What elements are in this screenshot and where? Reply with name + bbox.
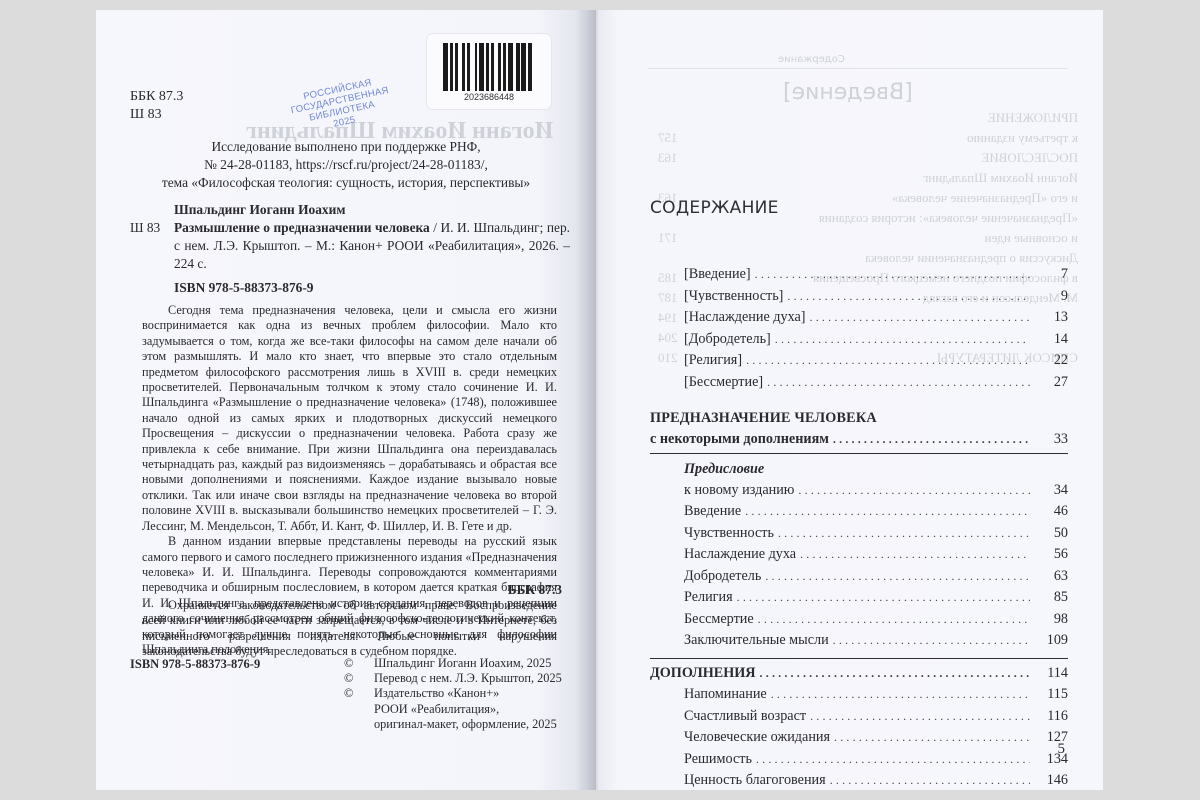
barcode-sticker: 2023686448 (426, 33, 552, 110)
bleed-text: к третьему изданию (967, 130, 1078, 146)
copyright-icon: © (344, 671, 374, 686)
toc-label: Наслаждение духа (650, 544, 800, 566)
toc-page: 9 (1030, 286, 1068, 308)
toc-page: 46 (1030, 501, 1068, 523)
toc-leader: ........................................… (810, 307, 1030, 329)
toc-leader: ........................................… (745, 501, 1030, 523)
bleed-through-line: Иоганн Иоахим Шпальдинг (658, 170, 1078, 186)
toc-leader: ........................................… (746, 350, 1030, 372)
bleed-text: Иоганн Иоахим Шпальдинг (923, 170, 1078, 186)
toc-preface-heading: Предисловие (650, 458, 1068, 480)
bleed-through-line: ПОСЛЕСЛОВИЕ163 (658, 150, 1078, 166)
toc-label: Религия (650, 587, 737, 609)
toc-leader: ........................................… (771, 684, 1030, 706)
toc-leader: ........................................… (778, 523, 1030, 545)
toc-leader: ........................................… (787, 286, 1030, 308)
copyright-icon: © (344, 686, 374, 701)
catalog-entry: Ш 83 Размышление о предназначении челове… (130, 219, 570, 273)
toc-label: Добродетель (650, 566, 765, 588)
toc-leader: ........................................… (834, 727, 1030, 749)
toc-page: 14 (1030, 329, 1068, 351)
toc-label: [Наслаждение духа] (650, 307, 810, 329)
bleed-through-line: к третьему изданию157 (658, 130, 1078, 146)
toc-entry[interactable]: [Бессмертие]............................… (650, 372, 1068, 394)
toc-entry[interactable]: Решимость...............................… (650, 749, 1068, 771)
toc-entry[interactable]: [Религия]...............................… (650, 350, 1068, 372)
copyright-text: Охраняется законодательством об авторско… (142, 598, 557, 660)
toc-appendix-section[interactable]: ДОПОЛНЕНИЯ .............................… (650, 663, 1068, 685)
toc-entry[interactable]: к новому изданию........................… (650, 480, 1068, 502)
catalog-title: Размышление о предназначении человека (174, 220, 430, 235)
bbk-code: ББК 87.3 (130, 88, 183, 106)
bleed-text: ПОСЛЕСЛОВИЕ (981, 150, 1078, 166)
toc-label: с некоторыми дополнениям (650, 429, 833, 451)
toc-page: 116 (1030, 706, 1068, 728)
author-code: Ш 83 (130, 106, 183, 124)
bleed-through-line: и основные идеи171 (658, 230, 1078, 246)
toc-page: 109 (1030, 630, 1068, 652)
toc-entry[interactable]: Напоминание.............................… (650, 684, 1068, 706)
grant-line: Исследование выполнено при поддержке РНФ… (96, 138, 596, 156)
toc-entry[interactable]: [Введение]..............................… (650, 264, 1068, 286)
toc-label: [Добродетель] (650, 329, 775, 351)
toc-leader: ........................................… (755, 264, 1030, 286)
bleed-page: 163 (658, 150, 678, 166)
toc-entry[interactable]: Человеческие ожидания...................… (650, 727, 1068, 749)
bleed-through-heading: [Введение] (783, 80, 913, 105)
copyright-row: РООИ «Реабилитация», (344, 702, 562, 717)
page-number: 5 (1058, 741, 1066, 758)
toc-leader: ........................................… (810, 706, 1030, 728)
toc-label: [Чувственность] (650, 286, 787, 308)
toc-leader: ........................................… (775, 329, 1030, 351)
bleed-through-rule (648, 68, 1068, 69)
toc-page: 146 (1030, 770, 1068, 790)
toc-page: 114 (1030, 663, 1068, 685)
toc-page: 22 (1030, 350, 1068, 372)
toc-leader: ........................................… (737, 587, 1030, 609)
left-page: Иоганн Иоахим Шпальдинг ББК 87.3 Ш 83 РО… (96, 10, 596, 790)
catalog-author-heading: Шпальдинг Иоганн Иоахим (174, 202, 345, 218)
toc-divider (650, 453, 1068, 454)
toc-section-subtitle[interactable]: с некоторыми дополнениям ...............… (650, 429, 1068, 451)
copyright-list: ©Шпальдинг Иоганн Иоахим, 2025©Перевод с… (344, 656, 562, 732)
copyright-holder: Шпальдинг Иоганн Иоахим, 2025 (374, 656, 551, 671)
toc-page: 13 (1030, 307, 1068, 329)
bleed-text: ПРИЛОЖЕНИЕ (988, 110, 1078, 126)
isbn-bottom: ISBN 978-5-88373-876-9 (130, 657, 260, 672)
grant-line: № 24-28-01183, https://rscf.ru/project/2… (96, 156, 596, 174)
bleed-page: 157 (658, 130, 678, 146)
bleed-through-running-head: Содержание (778, 54, 845, 65)
toc-label: [Религия] (650, 350, 746, 372)
bleed-text: «Предназначение человека»: история созда… (819, 210, 1078, 226)
grant-line: тема «Философская теология: сущность, ис… (96, 174, 596, 192)
copyright-holder: Издательство «Канон+» (374, 686, 499, 701)
toc-page: 33 (1030, 429, 1068, 451)
toc-page: 115 (1030, 684, 1068, 706)
toc-leader: ........................................… (756, 749, 1030, 771)
toc-page: 98 (1030, 609, 1068, 631)
toc-page: 56 (1030, 544, 1068, 566)
copyright-notice: Охраняется законодательством об авторско… (142, 598, 557, 660)
bbk-classification: ББК 87.3 Ш 83 (130, 88, 183, 124)
toc-entry[interactable]: Религия.................................… (650, 587, 1068, 609)
toc-title: СОДЕРЖАНИЕ (650, 198, 779, 218)
toc-first-edition: [Введение]..............................… (650, 264, 1068, 393)
toc-page: 7 (1030, 264, 1068, 286)
toc-leader: ........................................… (767, 372, 1030, 394)
toc-entry[interactable]: Бессмертие..............................… (650, 609, 1068, 631)
toc-section-title: ПРЕДНАЗНАЧЕНИЕ ЧЕЛОВЕКА (650, 407, 1068, 429)
bleed-text: и основные идеи (985, 230, 1078, 246)
toc-label: Напоминание (650, 684, 771, 706)
toc-leader: ........................................… (760, 663, 1030, 685)
library-stamp: РОССИЙСКАЯ ГОСУДАРСТВЕННАЯ БИБЛИОТЕКА 20… (283, 73, 400, 139)
toc-leader: ........................................… (833, 429, 1030, 451)
toc-page: 63 (1030, 566, 1068, 588)
toc-label: Решимость (650, 749, 756, 771)
copyright-row: ©Издательство «Канон+» (344, 686, 562, 701)
toc-entry[interactable]: [Чувственность].........................… (650, 286, 1068, 308)
grant-note: Исследование выполнено при поддержке РНФ… (96, 138, 596, 192)
toc-entry[interactable]: [Наслаждение духа]......................… (650, 307, 1068, 329)
bbk-code-bottom: ББК 87.3 (508, 582, 562, 598)
toc-label: [Введение] (650, 264, 755, 286)
toc-entry[interactable]: Чувственность...........................… (650, 523, 1068, 545)
barcode-icon (443, 43, 535, 91)
copyright-row: ©Шпальдинг Иоганн Иоахим, 2025 (344, 656, 562, 671)
toc-leader: ........................................… (798, 480, 1030, 502)
toc-page: 50 (1030, 523, 1068, 545)
copyright-holder: Перевод с нем. Л.Э. Крыштоп, 2025 (374, 671, 562, 686)
bleed-through-line: ПРИЛОЖЕНИЕ (658, 110, 1078, 126)
toc-page: 85 (1030, 587, 1068, 609)
toc-label: Чувственность (650, 523, 778, 545)
toc-label: Бессмертие (650, 609, 758, 631)
copyright-row: ©Перевод с нем. Л.Э. Крыштоп, 2025 (344, 671, 562, 686)
toc-label: Введение (650, 501, 745, 523)
toc-leader: ........................................… (758, 609, 1030, 631)
toc-main-entries: к новому изданию........................… (650, 480, 1068, 652)
table-of-contents: [Введение]..............................… (650, 264, 1068, 790)
toc-label: [Бессмертие] (650, 372, 767, 394)
toc-leader: ........................................… (833, 630, 1030, 652)
toc-label: Счастливый возраст (650, 706, 810, 728)
copyright-holder: РООИ «Реабилитация», (374, 702, 499, 717)
toc-leader: ........................................… (800, 544, 1030, 566)
right-page: Содержание [Введение] ПРИЛОЖЕНИЕк третье… (598, 10, 1103, 790)
toc-entry[interactable]: [Добродетель]...........................… (650, 329, 1068, 351)
copyright-icon (344, 702, 374, 717)
copyright-holder: оригинал-макет, оформление, 2025 (374, 717, 557, 732)
annotation-paragraph: Сегодня тема предназначения человека, це… (142, 303, 557, 534)
toc-entry[interactable]: Ценность благоговения...................… (650, 770, 1068, 790)
toc-appendix-entries: Напоминание.............................… (650, 684, 1068, 790)
toc-entry[interactable]: Заключительные мысли....................… (650, 630, 1068, 652)
toc-leader: ........................................… (830, 770, 1030, 790)
toc-entry[interactable]: Наслаждение духа........................… (650, 544, 1068, 566)
toc-entry[interactable]: Введение................................… (650, 501, 1068, 523)
toc-page: 34 (1030, 480, 1068, 502)
toc-entry[interactable]: Добродетель.............................… (650, 566, 1068, 588)
copyright-icon (344, 717, 374, 732)
isbn: ISBN 978-5-88373-876-9 (174, 280, 313, 296)
catalog-description: Размышление о предназначении человека / … (174, 219, 570, 273)
toc-divider (650, 658, 1068, 659)
toc-label: Заключительные мысли (650, 630, 833, 652)
copyright-icon: © (344, 656, 374, 671)
toc-label: ДОПОЛНЕНИЯ (650, 663, 760, 685)
toc-label: Человеческие ожидания (650, 727, 834, 749)
bleed-text: и его «Предназначение человека» (892, 190, 1078, 206)
copyright-row: оригинал-макет, оформление, 2025 (344, 717, 562, 732)
catalog-code: Ш 83 (130, 219, 160, 237)
toc-label: к новому изданию (650, 480, 798, 502)
bleed-page: 171 (658, 230, 678, 246)
barcode-number: 2023686448 (427, 92, 551, 102)
toc-page: 27 (1030, 372, 1068, 394)
toc-label: Ценность благоговения (650, 770, 830, 790)
toc-leader: ........................................… (765, 566, 1030, 588)
toc-entry[interactable]: Счастливый возраст......................… (650, 706, 1068, 728)
